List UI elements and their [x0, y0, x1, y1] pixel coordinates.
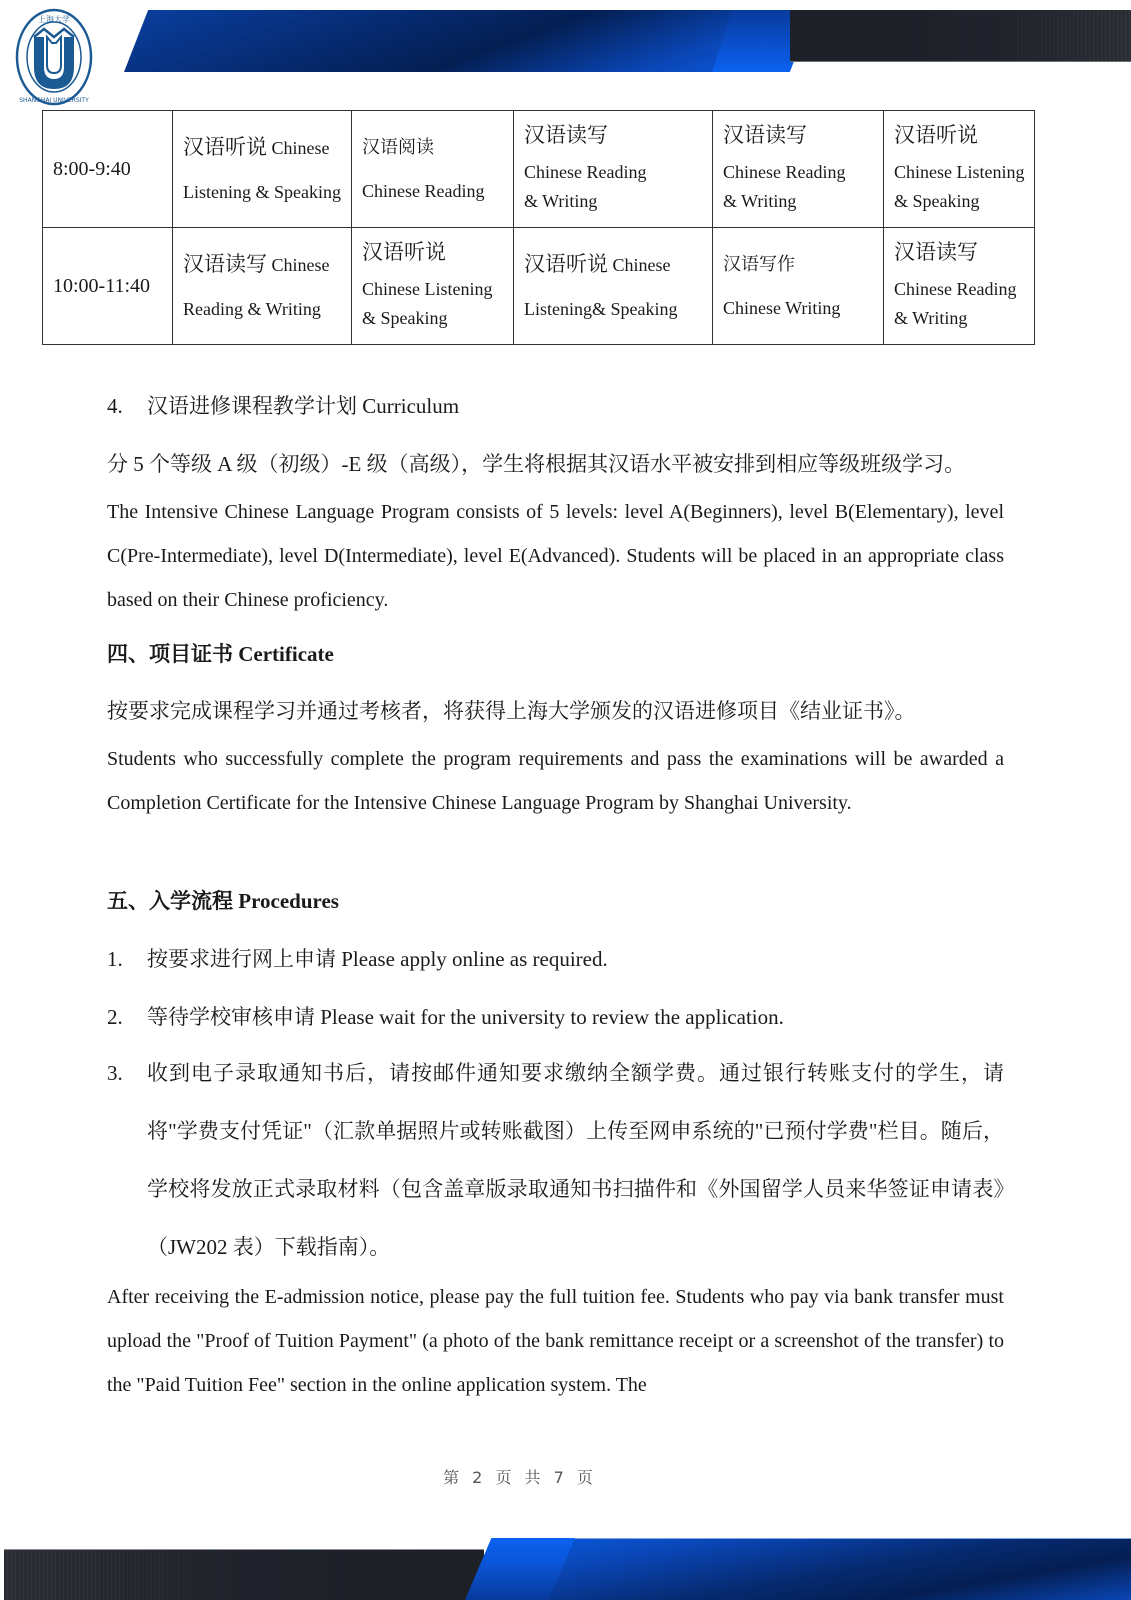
procedure-step: 3. 收到电子录取通知书后，请按邮件通知要求缴纳全额学费。通过银行转账支付的学生…	[107, 1044, 1004, 1276]
course-cell: 汉语阅读 Chinese Reading	[351, 111, 513, 228]
procedures-heading: 五、入学流程 Procedures	[107, 885, 1004, 915]
procedure-step: 1.按要求进行网上申请 Please apply online as requi…	[107, 943, 1004, 973]
curriculum-en-text: The Intensive Chinese Language Program c…	[107, 490, 1004, 622]
certificate-cn-text: 按要求完成课程学习并通过考核者，将获得上海大学颁发的汉语进修项目《结业证书》。	[107, 695, 1004, 725]
time-slot: 10:00-11:40	[43, 228, 173, 345]
footer-dark-band	[4, 1549, 484, 1600]
class-schedule-table: 8:00-9:40 汉语听说 Chinese Listening & Speak…	[42, 110, 1035, 345]
course-cell: 汉语读写 Chinese Reading & Writing	[173, 228, 352, 345]
time-slot: 8:00-9:40	[43, 111, 173, 228]
svg-text:SHANGHAI UNIVERSITY: SHANGHAI UNIVERSITY	[19, 97, 89, 104]
page-number: 第 2 页 共 7 页	[0, 1465, 1040, 1488]
course-cell: 汉语听说 Chinese Listening & Speaking	[173, 111, 352, 228]
svg-text:上海大学: 上海大学	[38, 14, 70, 24]
course-cell: 汉语读写 Chinese Reading & Writing	[883, 228, 1034, 345]
header-blue-band	[124, 10, 814, 72]
table-row: 8:00-9:40 汉语听说 Chinese Listening & Speak…	[43, 111, 1035, 228]
procedures-en-text: After receiving the E-admission notice, …	[107, 1275, 1004, 1407]
course-cell: 汉语听说 Chinese Listening & Speaking	[883, 111, 1034, 228]
course-cell: 汉语读写 Chinese Reading & Writing	[712, 111, 883, 228]
shanghai-university-logo-icon: 上海大学 SHANGHAI UNIVERSITY	[14, 7, 94, 107]
page-header: 上海大学 SHANGHAI UNIVERSITY	[0, 0, 1131, 110]
course-cell: 汉语写作 Chinese Writing	[712, 228, 883, 345]
course-cell: 汉语听说 Chinese Listening& Speaking	[513, 228, 712, 345]
header-dark-band	[790, 10, 1131, 62]
table-row: 10:00-11:40 汉语读写 Chinese Reading & Writi…	[43, 228, 1035, 345]
course-cell: 汉语听说 Chinese Listening & Speaking	[351, 228, 513, 345]
procedure-step: 2.等待学校审核申请 Please wait for the universit…	[107, 1001, 1004, 1031]
certificate-en-text: Students who successfully complete the p…	[107, 737, 1004, 825]
curriculum-heading: 4.汉语进修课程教学计划 Curriculum	[107, 390, 1004, 420]
course-cell: 汉语读写 Chinese Reading & Writing	[513, 111, 712, 228]
certificate-heading: 四、项目证书 Certificate	[107, 638, 1004, 668]
curriculum-cn-text: 分 5 个等级 A 级（初级）-E 级（高级），学生将根据其汉语水平被安排到相应…	[107, 448, 1004, 478]
